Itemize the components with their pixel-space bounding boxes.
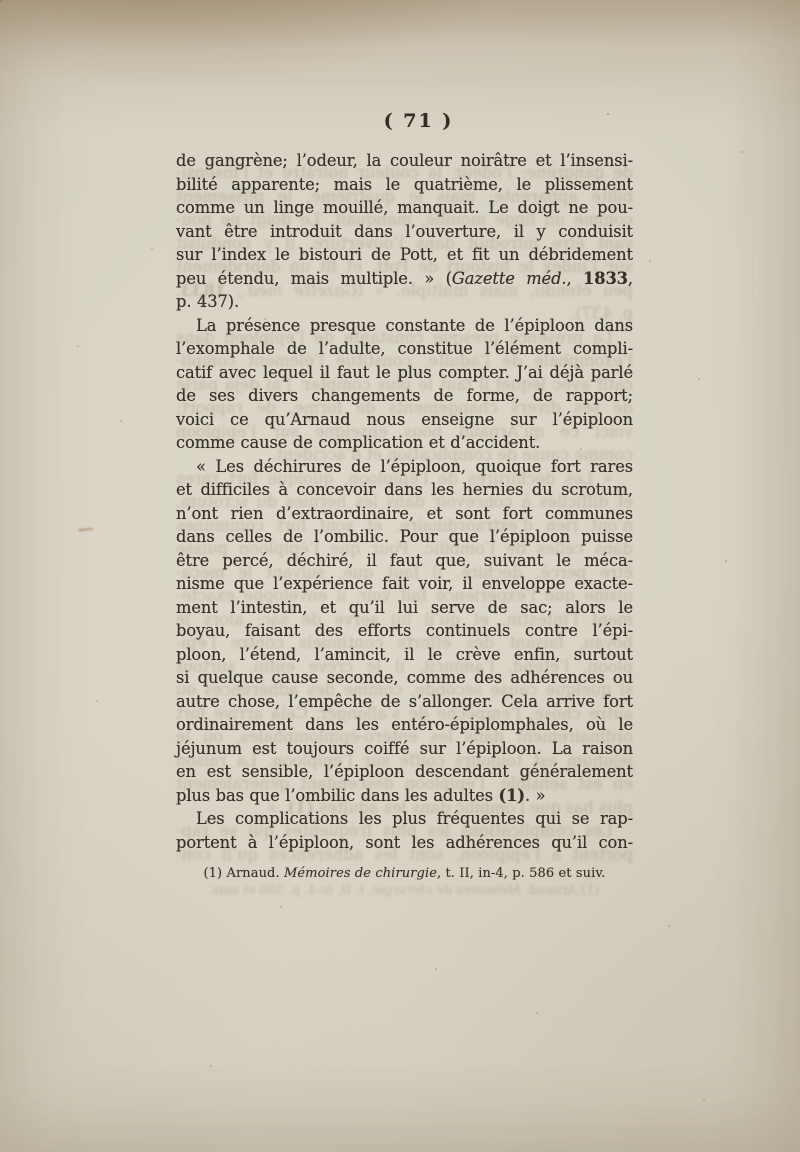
- text-line: vant être introduit dans l’ouverture, il…: [176, 220, 633, 244]
- text-segment: plus bas que l’ombilic dans les adultes: [176, 786, 499, 805]
- book-page-scan: de gangrène; l’odeur, la couleur noirâtr…: [0, 0, 800, 1152]
- text-segment: ,: [567, 269, 584, 288]
- text-segment: (1) Arnaud.: [204, 866, 284, 881]
- page-body-text: de gangrène; l’odeur, la couleur noirâtr…: [176, 149, 633, 854]
- text-segment: p. 437).: [176, 292, 239, 311]
- text-line: ordinairement dans les entéro-épiplompha…: [176, 713, 633, 737]
- text-segment: ordinairement dans les entéro-épiplompha…: [176, 715, 633, 734]
- text-segment: , t. II, in-4, p. 586 et suiv.: [437, 866, 605, 881]
- text-segment: bilité apparente; mais le quatrième, le …: [176, 175, 633, 194]
- text-segment: « Les déchirures de l’épiploon, quoique …: [196, 457, 633, 476]
- text-segment: être percé, déchiré, il faut que, suivan…: [176, 551, 633, 570]
- text-line: boyau, faisant des efforts continuels co…: [176, 619, 633, 643]
- text-line: plus bas que l’ombilic dans les adultes …: [176, 784, 633, 808]
- text-segment: (1) Arnaud.: [521, 883, 599, 898]
- text-line: l’exomphale de l’adulte, constitue l’élé…: [176, 337, 633, 361]
- text-line: catif avec lequel il faut le plus compte…: [176, 361, 633, 385]
- text-segment: si quelque cause seconde, comme des adhé…: [176, 668, 633, 687]
- text-line: bilité apparente; mais le quatrième, le …: [176, 173, 633, 197]
- text-line: peu étendu, mais multiple. » (Gazette mé…: [176, 267, 633, 291]
- text-line: sur l’index le bistouri de Pott, et fit …: [176, 243, 633, 267]
- text-segment: jéjunum est toujours coiffé sur l’épiplo…: [176, 739, 633, 758]
- text-line: Les complications les plus fréquentes qu…: [176, 807, 633, 831]
- text-segment: Les complications les plus fréquentes qu…: [196, 809, 633, 828]
- text-segment: n’ont rien d’extraordinaire, et sont for…: [176, 504, 633, 523]
- text-segment: ment l’intestin, et qu’il lui serve de s…: [176, 598, 633, 617]
- text-segment: 1833: [583, 269, 628, 288]
- text-line: « Les déchirures de l’épiploon, quoique …: [176, 455, 633, 479]
- text-segment: dans celles de l’ombilic. Pour que l’épi…: [176, 527, 633, 546]
- text-segment: . »: [525, 786, 546, 805]
- text-segment: catif avec lequel il faut le plus compte…: [176, 363, 633, 382]
- text-segment: comme cause de complication et d’acciden…: [176, 433, 540, 452]
- text-line: et difficiles à concevoir dans les herni…: [176, 478, 633, 502]
- page-number: ( 71 ): [190, 110, 647, 132]
- text-segment: de ses divers changements de forme, de r…: [176, 386, 633, 405]
- text-line: ment l’intestin, et qu’il lui serve de s…: [176, 596, 633, 620]
- text-line: si quelque cause seconde, comme des adhé…: [176, 666, 633, 690]
- text-segment: et difficiles à concevoir dans les herni…: [176, 480, 633, 499]
- text-segment: , t. II, in-4, p. 586 et suiv.: [210, 883, 372, 898]
- text-line: en est sensible, l’épiploon descendant g…: [176, 760, 633, 784]
- text-line: être percé, déchiré, il faut que, suivan…: [176, 549, 633, 573]
- text-line: p. 437).: [176, 290, 633, 314]
- text-line: n’ont rien d’extraordinaire, et sont for…: [176, 502, 633, 526]
- text-segment: Gazette méd.: [452, 269, 567, 288]
- text-segment: l’exomphale de l’adulte, constitue l’élé…: [176, 339, 633, 358]
- text-segment: La présence presque constante de l’épipl…: [196, 316, 633, 335]
- text-line: jéjunum est toujours coiffé sur l’épiplo…: [176, 737, 633, 761]
- text-line: ploon, l’étend, l’amincit, il le crève e…: [176, 643, 633, 667]
- text-segment: boyau, faisant des efforts continuels co…: [176, 621, 633, 640]
- text-segment: peu étendu, mais multiple. » (: [176, 269, 452, 288]
- text-segment: ploon, l’étend, l’amincit, il le crève e…: [176, 645, 633, 664]
- text-line: de gangrène; l’odeur, la couleur noirâtr…: [176, 149, 633, 173]
- text-segment: vant être introduit dans l’ouverture, il…: [176, 222, 633, 241]
- text-segment: Mémoires de chirurgie: [284, 866, 437, 881]
- text-line: dans celles de l’ombilic. Pour que l’épi…: [176, 525, 633, 549]
- text-line: comme cause de complication et d’acciden…: [176, 431, 633, 455]
- text-segment: portent à l’épiploon, sont les adhérence…: [176, 833, 633, 852]
- text-segment: de gangrène; l’odeur, la couleur noirâtr…: [176, 151, 633, 170]
- footnote: (1) Arnaud. Mémoires de chirurgie, t. II…: [176, 866, 633, 881]
- text-segment: Mémoires de chirurgie: [372, 883, 521, 898]
- text-line: comme un linge mouillé, manquait. Le doi…: [176, 196, 633, 220]
- text-segment: sur l’index le bistouri de Pott, et fit …: [176, 245, 633, 264]
- text-segment: voici ce qu’Arnaud nous enseigne sur l’é…: [176, 410, 633, 429]
- text-segment: nisme que l’expérience fait voir, il env…: [176, 574, 633, 593]
- text-line: autre chose, l’empêche de s’allonger. Ce…: [176, 690, 633, 714]
- text-segment: en est sensible, l’épiploon descendant g…: [176, 762, 633, 781]
- pencil-margin-mark: [78, 527, 93, 532]
- text-segment: comme un linge mouillé, manquait. Le doi…: [176, 198, 633, 217]
- text-line: La présence presque constante de l’épipl…: [176, 314, 633, 338]
- text-line: nisme que l’expérience fait voir, il env…: [176, 572, 633, 596]
- text-segment: (1): [499, 786, 525, 805]
- text-line: voici ce qu’Arnaud nous enseigne sur l’é…: [176, 408, 633, 432]
- text-line: portent à l’épiploon, sont les adhérence…: [176, 831, 633, 855]
- ghost-footnote: (1) Arnaud. Mémoires de chirurgie, t. II…: [176, 879, 633, 903]
- paper-speckles: [0, 0, 2, 2]
- text-line: de ses divers changements de forme, de r…: [176, 384, 633, 408]
- text-segment: autre chose, l’empêche de s’allonger. Ce…: [176, 692, 633, 711]
- text-segment: ,: [628, 269, 633, 288]
